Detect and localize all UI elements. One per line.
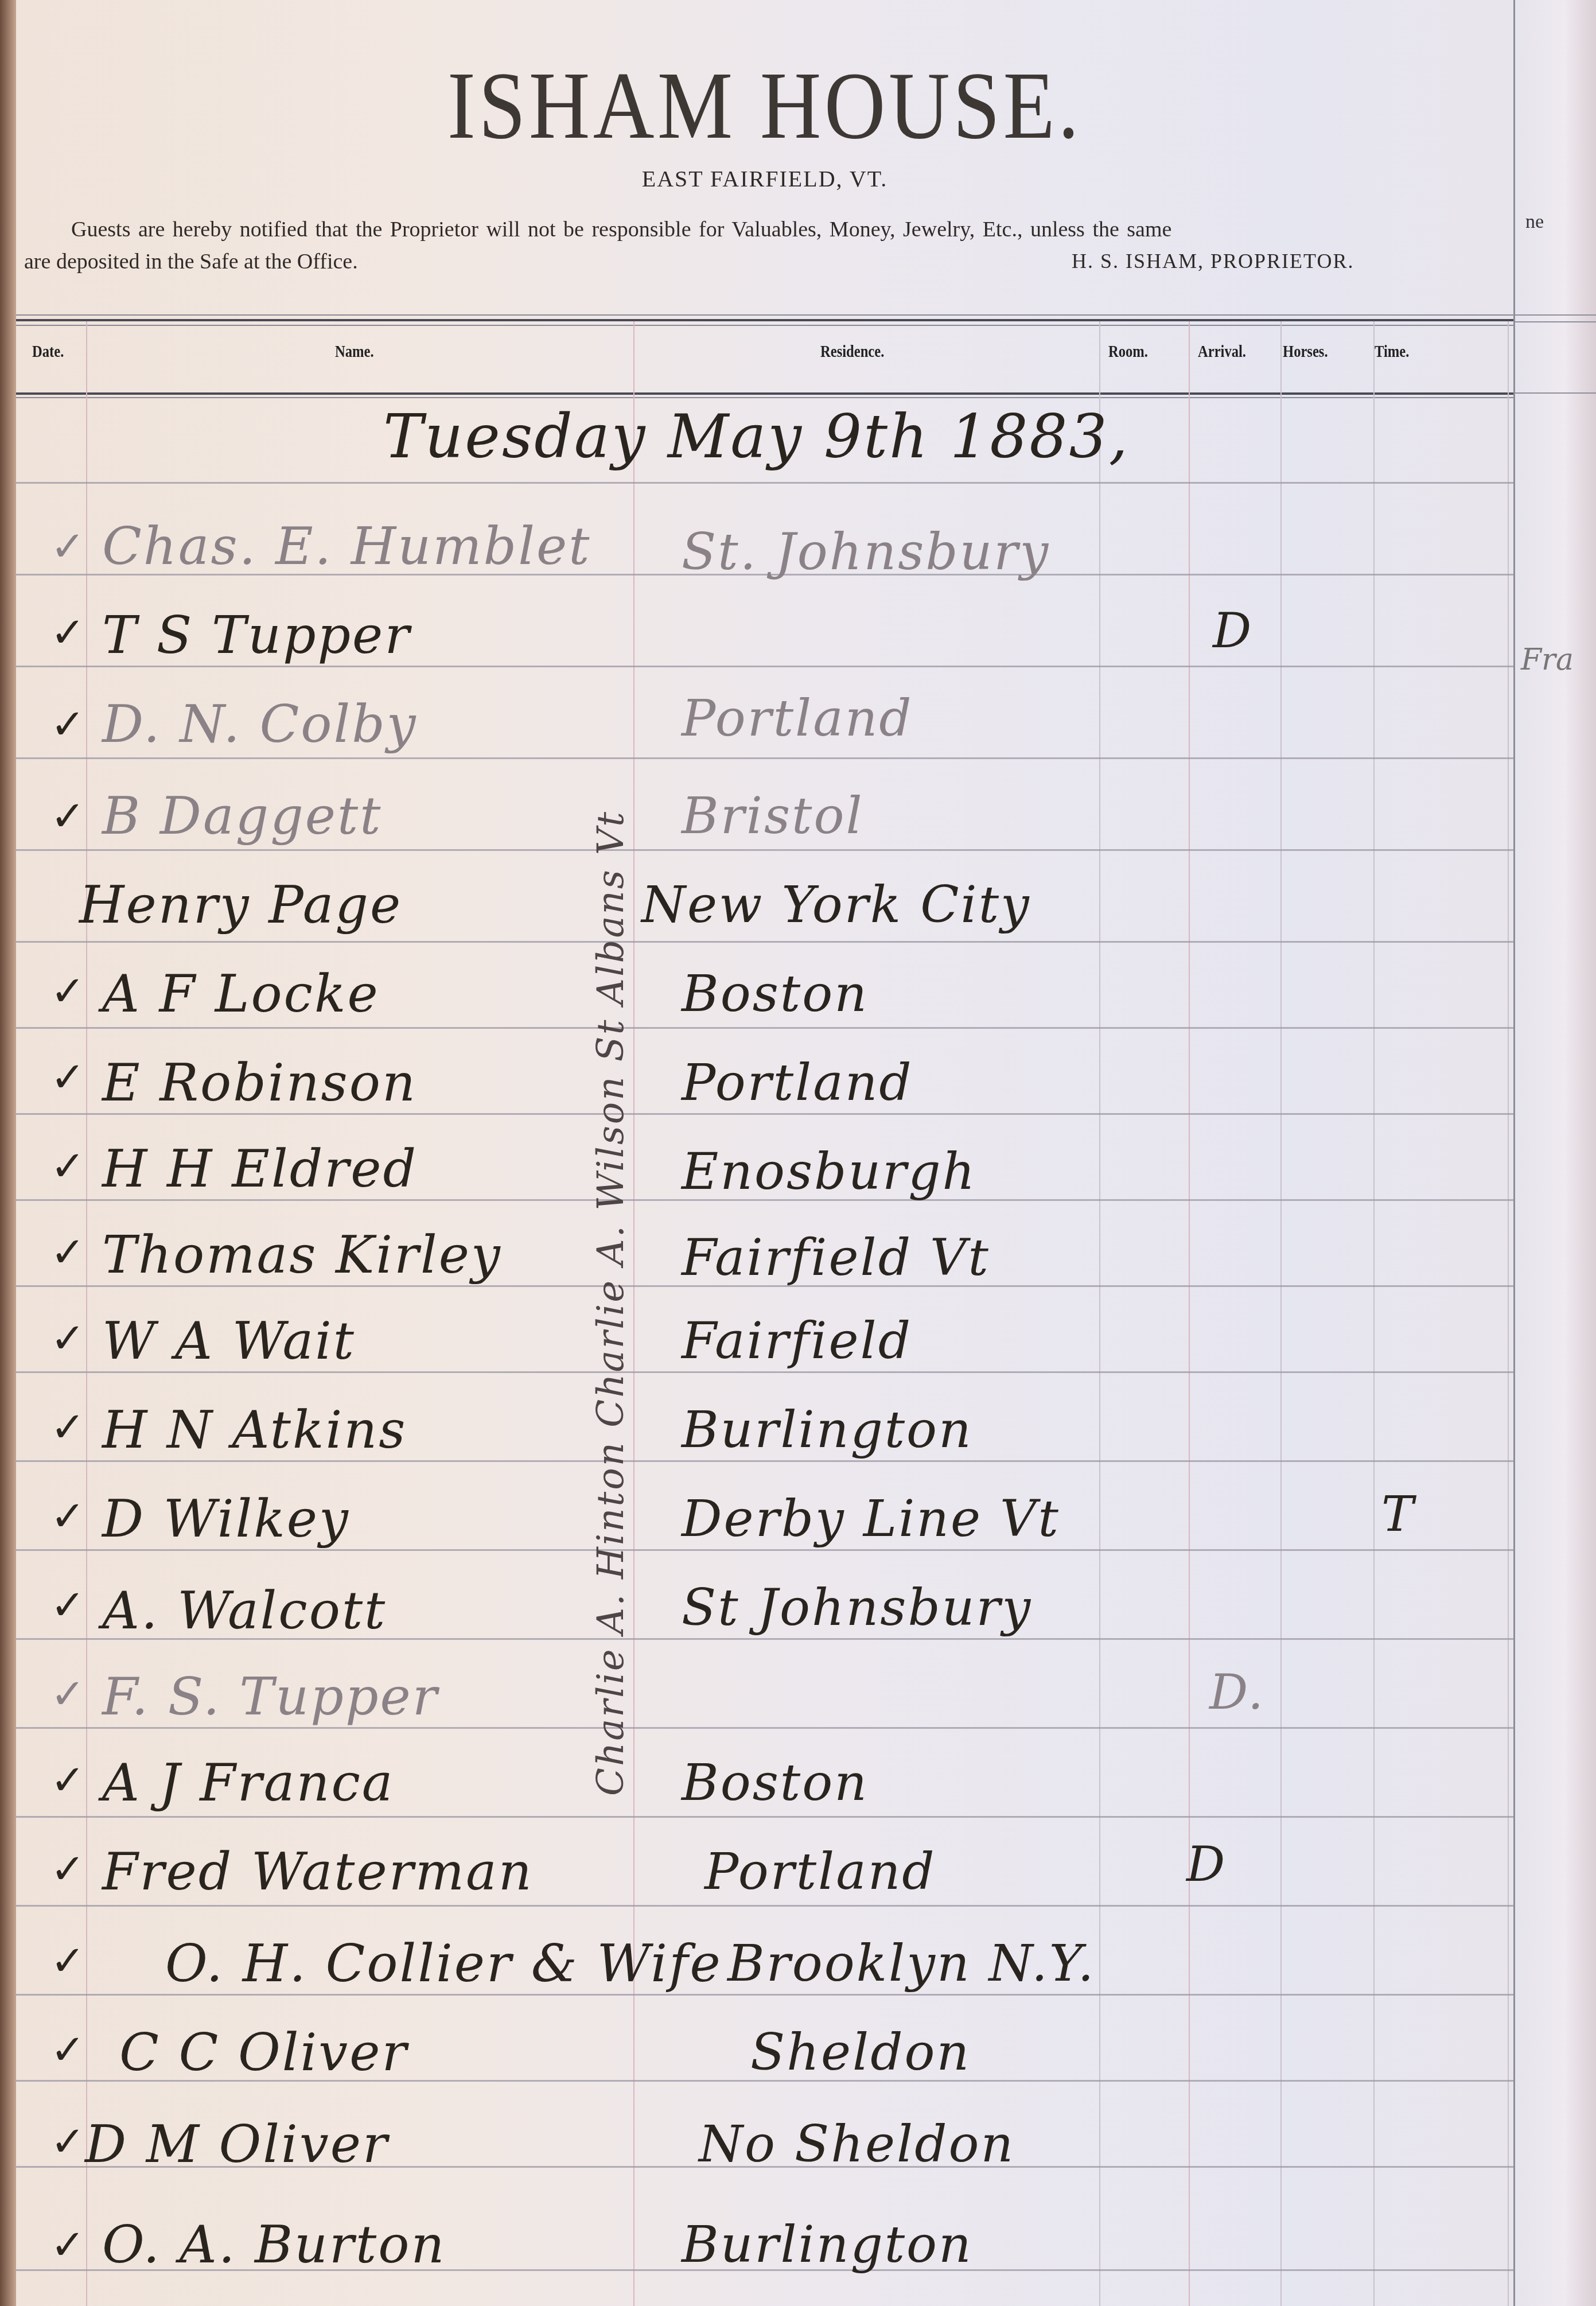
guest-residence: Fairfield Vt xyxy=(682,1228,990,1287)
ruled-line xyxy=(16,941,1513,943)
checkmark-icon: ✓ xyxy=(50,1670,85,1718)
guest-name: E Robinson xyxy=(102,1053,417,1113)
column-header-residence: Residence. xyxy=(820,342,884,361)
guest-name: O. A. Burton xyxy=(102,2215,446,2275)
room-column-divider xyxy=(1189,321,1190,2306)
column-header-room: Room. xyxy=(1108,342,1148,361)
guest-residence: Burlington xyxy=(682,2215,973,2274)
header-rule xyxy=(16,314,1513,316)
vertical-margin-signature: Charlie A. Hinton Charlie A. Wilson St A… xyxy=(590,810,632,1796)
ruled-line xyxy=(16,757,1513,759)
ruled-line xyxy=(16,1027,1513,1029)
guest-residence: Burlington xyxy=(682,1400,973,1459)
ruled-line xyxy=(16,1371,1513,1373)
ruled-line xyxy=(16,1994,1513,1996)
ruled-line xyxy=(16,666,1513,667)
guest-name: T S Tupper xyxy=(102,605,411,666)
guest-residence: No Sheldon xyxy=(699,2114,1015,2173)
guest-name: A. Walcott xyxy=(102,1581,387,1641)
ruled-line xyxy=(1515,314,1596,316)
column-header-rule xyxy=(16,397,1513,398)
checkmark-icon: ✓ xyxy=(50,1936,85,1985)
guest-name: C C Oliver xyxy=(119,2023,408,2083)
column-header-arrival: Arrival. xyxy=(1198,342,1246,361)
checkmark-icon: ✓ xyxy=(50,2117,85,2165)
ruled-line xyxy=(1515,392,1596,394)
register-date-line: Tuesday May 9th 1883, xyxy=(383,402,1130,472)
name-column-divider xyxy=(633,321,634,2306)
arrival-column-divider xyxy=(1280,321,1282,2306)
guest-name: Fred Waterman xyxy=(102,1842,534,1902)
guest-name: H H Eldred xyxy=(102,1139,418,1199)
hotel-title: ISHAM HOUSE. xyxy=(106,50,1424,161)
column-header-name: Name. xyxy=(335,342,374,361)
guest-name: Henry Page xyxy=(79,875,402,935)
adjacent-page-edge: ne Fra xyxy=(1513,0,1596,2306)
guest-residence: Brooklyn N.Y. xyxy=(727,1934,1096,1993)
header-rule xyxy=(16,325,1513,326)
checkmark-icon: ✓ xyxy=(50,2221,85,2269)
guest-residence: Sheldon xyxy=(750,2023,971,2082)
time-mark: T xyxy=(1381,1486,1415,1542)
checkmark-icon: ✓ xyxy=(50,967,85,1015)
book-binding-edge xyxy=(0,0,16,2306)
ruled-line xyxy=(16,482,1513,484)
guest-residence: Enosburgh xyxy=(682,1142,976,1201)
checkmark-icon: ✓ xyxy=(50,522,85,570)
horses-column-divider xyxy=(1373,321,1375,2306)
guest-name: B Daggett xyxy=(102,786,382,846)
valuables-notice-line-2: are deposited in the Safe at the Office. xyxy=(24,249,358,274)
guest-residence: Fairfield xyxy=(682,1311,912,1370)
arrival-mark: D xyxy=(1213,602,1253,659)
guest-residence: Bristol xyxy=(682,786,864,845)
checkmark-icon: ✓ xyxy=(50,1314,85,1362)
time-column-divider xyxy=(1508,321,1509,2306)
guest-residence: St Johnsbury xyxy=(682,1578,1032,1637)
arrival-mark: D xyxy=(1186,1836,1227,1892)
checkmark-icon: ✓ xyxy=(50,2025,85,2074)
ruled-line xyxy=(16,1460,1513,1462)
checkmark-icon: ✓ xyxy=(50,1581,85,1629)
ruled-line xyxy=(16,1905,1513,1907)
arrival-mark: D. xyxy=(1209,1664,1265,1720)
guest-name: Thomas Kirley xyxy=(102,1225,502,1285)
ruled-line xyxy=(16,1816,1513,1818)
ruled-line xyxy=(16,849,1513,851)
guest-residence: Derby Line Vt xyxy=(682,1489,1060,1548)
checkmark-icon: ✓ xyxy=(50,1756,85,1804)
guest-residence: Boston xyxy=(682,1753,869,1812)
checkmark-icon: ✓ xyxy=(50,1142,85,1190)
checkmark-icon: ✓ xyxy=(50,700,85,748)
checkmark-icon: ✓ xyxy=(50,1403,85,1451)
register-page: ISHAM HOUSE. EAST FAIRFIELD, VT. Guests … xyxy=(16,0,1513,2306)
checkmark-icon: ✓ xyxy=(50,1492,85,1540)
guest-name: D. N. Colby xyxy=(102,694,418,755)
header-rule xyxy=(16,319,1513,321)
guest-name: D Wilkey xyxy=(102,1489,350,1549)
column-header-date: Date. xyxy=(32,342,64,361)
guest-name: A F Locke xyxy=(102,964,380,1024)
guest-residence: St. Johnsbury xyxy=(682,522,1050,581)
guest-name: A J Franca xyxy=(102,1753,394,1813)
adjacent-page-handwriting-fragment: Fra xyxy=(1521,643,1574,677)
hotel-location: EAST FAIRFIELD, VT. xyxy=(16,165,1513,192)
guest-residence: Boston xyxy=(682,964,869,1023)
column-header-horses: Horses. xyxy=(1283,342,1328,361)
ruled-line xyxy=(16,1549,1513,1551)
guest-name: D M Oliver xyxy=(85,2114,389,2175)
residence-column-divider xyxy=(1099,321,1100,2306)
guest-name: Chas. E. Humblet xyxy=(102,516,591,577)
ruled-line xyxy=(16,1113,1513,1115)
column-header-time: Time. xyxy=(1375,342,1409,361)
guest-residence: Portland xyxy=(704,1842,936,1901)
valuables-notice-line-1: Guests are hereby notified that the Prop… xyxy=(71,217,1171,242)
date-column-divider xyxy=(86,321,87,2306)
adjacent-page-text-fragment: ne xyxy=(1525,211,1544,233)
checkmark-icon: ✓ xyxy=(50,608,85,656)
checkmark-icon: ✓ xyxy=(50,1845,85,1893)
guest-residence: New York City xyxy=(641,875,1031,934)
guest-residence: Portland xyxy=(682,1053,913,1112)
guest-name: O. H. Collier & Wife xyxy=(165,1934,722,1994)
ruled-line xyxy=(16,1727,1513,1729)
guest-residence: Portland xyxy=(682,689,913,748)
guest-name: F. S. Tupper xyxy=(102,1667,439,1727)
checkmark-icon: ✓ xyxy=(50,792,85,840)
checkmark-icon: ✓ xyxy=(50,1228,85,1276)
checkmark-icon: ✓ xyxy=(50,1053,85,1101)
proprietor-signature: H. S. ISHAM, PROPRIETOR. xyxy=(1072,249,1354,273)
column-header-rule xyxy=(16,392,1513,395)
guest-name: H N Atkins xyxy=(102,1400,407,1460)
guest-name: W A Wait xyxy=(102,1311,356,1371)
ruled-line xyxy=(1515,321,1596,322)
